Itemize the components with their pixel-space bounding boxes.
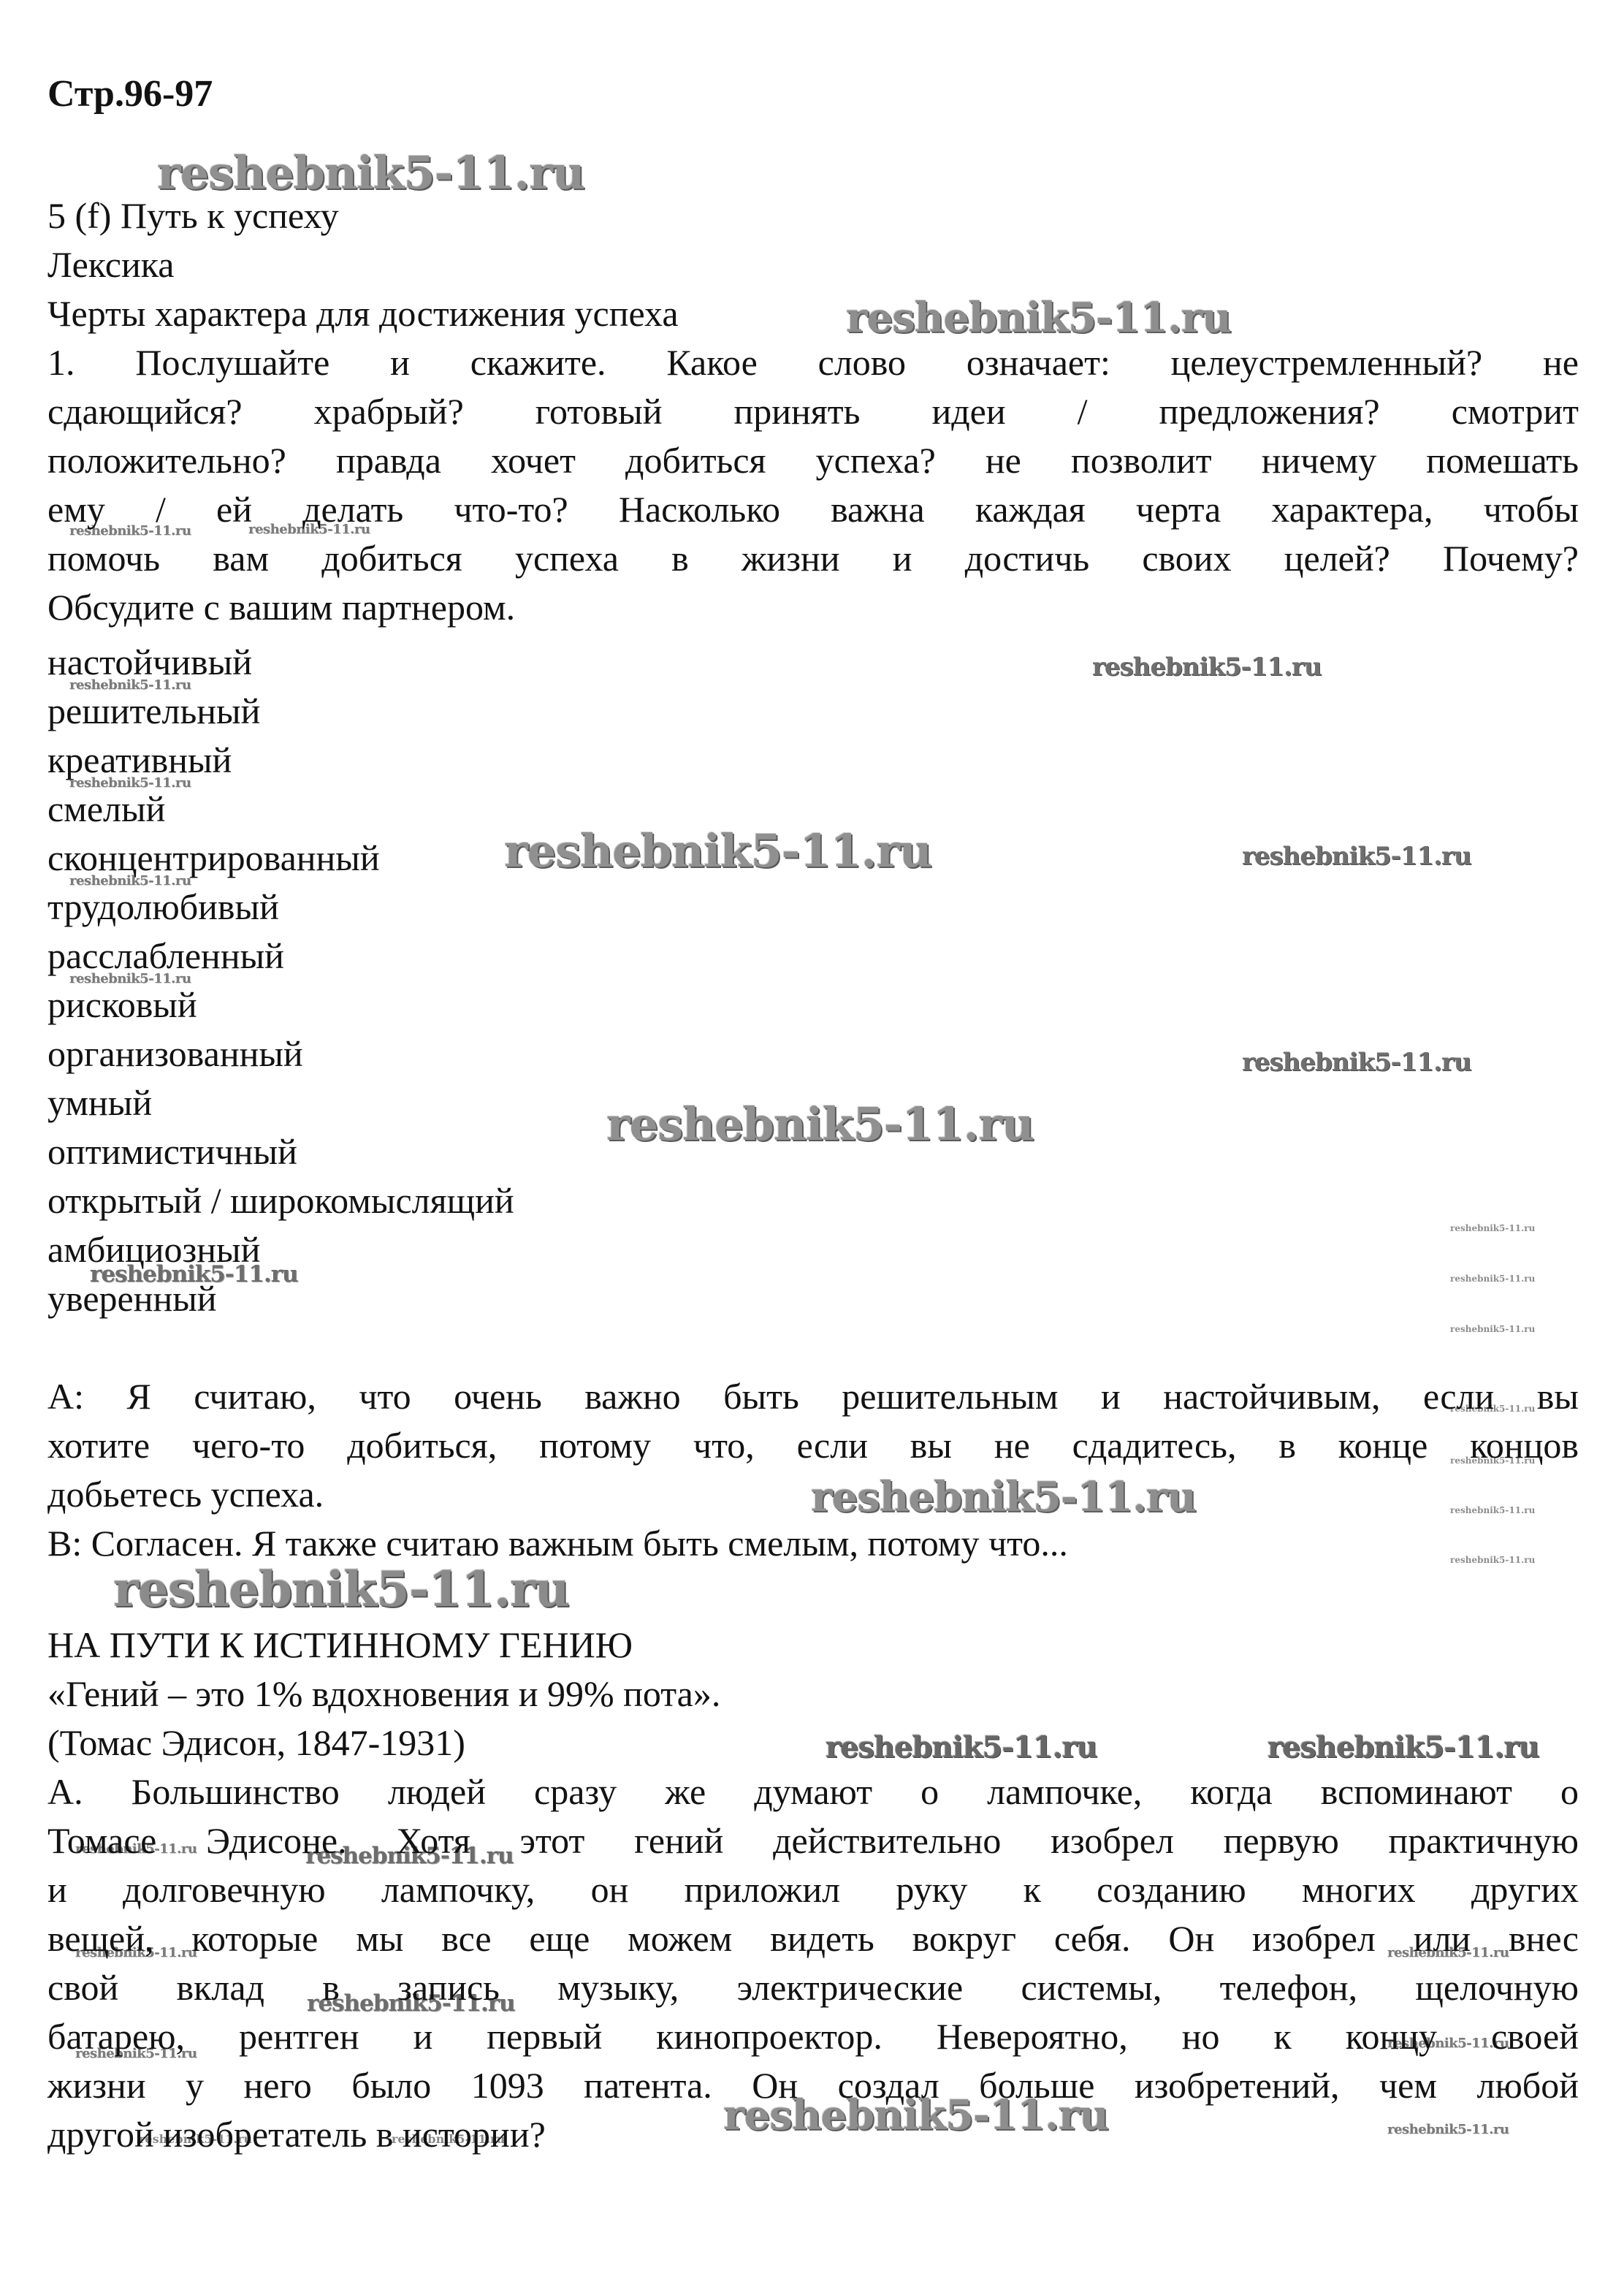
- dialogue-line: В: Согласен. Я также считаю важным быть …: [47, 1519, 1579, 1568]
- trait-item: настойчивый: [47, 638, 1579, 687]
- heading-line: Черты характера для достижения успеха: [47, 289, 1579, 338]
- trait-item: сконцентрированный: [47, 834, 1579, 883]
- reading-line: батарею, рентген и первый кинопроектор. …: [47, 2012, 1579, 2061]
- reading-paragraph: А. Большинство людей сразу же думают о л…: [47, 1767, 1579, 2159]
- reading-line: жизни у него было 1093 патента. Он созда…: [47, 2061, 1579, 2110]
- trait-list: настойчивыйрешительныйкреативныйсмелыйск…: [47, 638, 1579, 1323]
- reading-quote: «Гений – это 1% вдохновения и 99% пота».: [47, 1670, 1579, 1719]
- reading-heading: НА ПУТИ К ИСТИННОМУ ГЕНИЮ: [47, 1621, 1579, 1670]
- trait-item: креативный: [47, 736, 1579, 785]
- task-line: 1. Послушайте и скажите. Какое слово озн…: [47, 338, 1579, 387]
- dialogue-line: хотите чего-то добиться, потому что, есл…: [47, 1421, 1579, 1470]
- trait-item: смелый: [47, 785, 1579, 834]
- trait-item: умный: [47, 1078, 1579, 1127]
- trait-item: оптимистичный: [47, 1127, 1579, 1176]
- trait-item: организованный: [47, 1029, 1579, 1078]
- trait-item: расслабленный: [47, 932, 1579, 981]
- task-paragraph: 1. Послушайте и скажите. Какое слово озн…: [47, 338, 1579, 632]
- heading-line: 5 (f) Путь к успеху: [47, 191, 1579, 240]
- trait-item: трудолюбивый: [47, 883, 1579, 932]
- task-line: ему / ей делать что-то? Насколько важна …: [47, 485, 1579, 534]
- reading-line: Томасе Эдисоне. Хотя этот гений действит…: [47, 1816, 1579, 1865]
- watermark-text: reshebnik5-11.ru: [1450, 1324, 1535, 1334]
- task-line: помочь вам добиться успеха в жизни и дос…: [47, 534, 1579, 583]
- trait-item: открытый / широкомыслящий: [47, 1176, 1579, 1225]
- dialogue-line: А: Я считаю, что очень важно быть решите…: [47, 1372, 1579, 1421]
- reading-line: другой изобретатель в истории?: [47, 2110, 1579, 2159]
- task-line: Обсудите с вашим партнером.: [47, 583, 1579, 632]
- task-line: положительно? правда хочет добиться успе…: [47, 436, 1579, 485]
- reading-attribution: (Томас Эдисон, 1847-1931): [47, 1719, 1579, 1767]
- dialogue-line: добьетесь успеха.: [47, 1470, 1579, 1519]
- reading-line: вещей, которые мы все еще можем видеть в…: [47, 1914, 1579, 1963]
- trait-item: уверенный: [47, 1274, 1579, 1323]
- section-headings: 5 (f) Путь к успехуЛексикаЧерты характер…: [47, 191, 1579, 338]
- scanned-document-page: Стр.96-97 5 (f) Путь к успехуЛексикаЧерт…: [0, 0, 1624, 2276]
- task-line: сдающийся? храбрый? готовый принять идеи…: [47, 387, 1579, 436]
- dialogue: А: Я считаю, что очень важно быть решите…: [47, 1372, 1579, 1568]
- heading-line: Лексика: [47, 240, 1579, 289]
- page-title: Стр.96-97: [47, 72, 1579, 117]
- trait-item: решительный: [47, 687, 1579, 736]
- reading-line: и долговечную лампочку, он приложил руку…: [47, 1865, 1579, 1914]
- watermark-text: reshebnik5-11.ru: [113, 1561, 569, 1618]
- trait-item: рисковый: [47, 981, 1579, 1029]
- reading-line: свой вклад в запись музыку, электрически…: [47, 1963, 1579, 2012]
- trait-item: амбициозный: [47, 1225, 1579, 1274]
- reading-line: А. Большинство людей сразу же думают о л…: [47, 1767, 1579, 1816]
